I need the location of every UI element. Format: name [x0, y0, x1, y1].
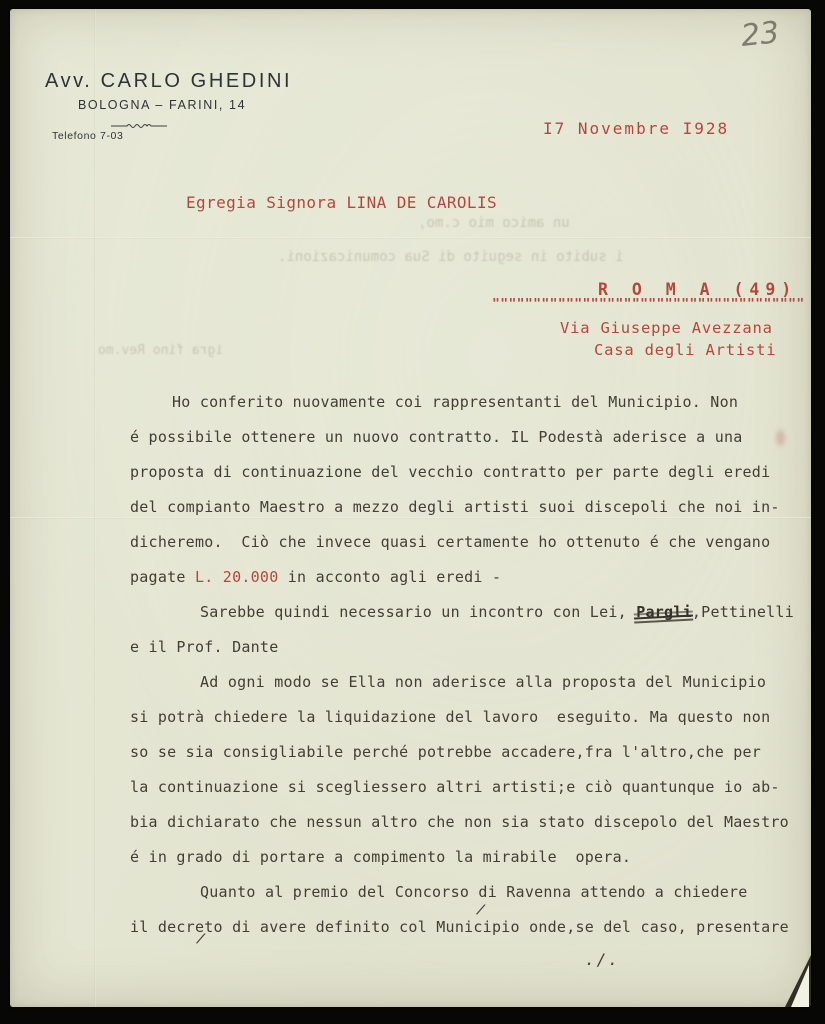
body-text: la continuazione si scegliessero altri a… [130, 778, 780, 796]
body-line: dicheremo. Ciò che invece quasi certamen… [130, 525, 800, 560]
body-text: é possibile ottenere un nuovo contratto.… [130, 428, 743, 446]
body-line: so se sia consigliabile perché potrebbe … [130, 735, 800, 770]
letterhead-address: BOLOGNA – FARINI, 14 [78, 98, 246, 112]
letterhead-name: Avv. CARLO GHEDINI [45, 70, 292, 93]
bleedthrough-text: un amico mio c.mo, [418, 215, 570, 231]
letter-body: Ho conferito nuovamente coi rappresentan… [130, 385, 800, 945]
body-text: bia dichiarato che nessun altro che non … [130, 813, 789, 831]
horizontal-fold-crease-top [10, 237, 811, 239]
body-text: pagate [130, 568, 195, 586]
body-line: si potrà chiedere la liquidazione del la… [130, 700, 800, 735]
body-line: la continuazione si scegliessero altri a… [130, 770, 800, 805]
body-text: so se sia consigliabile perché potrebbe … [130, 743, 761, 761]
body-text: Ad ogni modo se Ella non aderisce alla p… [200, 673, 766, 691]
body-line: il decreto di avere definito col Municip… [130, 910, 800, 945]
bleedthrough-text: i subito in seguito di Sua comunicazioni… [278, 249, 624, 265]
photographed-letter-page: { "annotations": { "page_number_pencil":… [0, 0, 825, 1024]
body-text: Sarebbe quindi necessario un incontro co… [200, 603, 636, 621]
body-line: Quanto al premio del Concorso di Ravenna… [130, 875, 800, 910]
body-line: é in grado di portare a compimento la mi… [130, 840, 800, 875]
corner-curl [791, 965, 809, 1007]
body-text: é in grado di portare a compimento la mi… [130, 848, 631, 866]
body-text: Ho conferito nuovamente coi rappresentan… [172, 393, 738, 411]
body-line: Sarebbe quindi necessario un incontro co… [130, 595, 800, 630]
body-line: é possibile ottenere un nuovo contratto.… [130, 420, 800, 455]
body-line: Ho conferito nuovamente coi rappresentan… [130, 385, 800, 420]
body-text: Quanto al premio del Concorso di Ravenna… [200, 883, 748, 901]
letterhead-phone: Telefono 7-03 [52, 130, 123, 142]
body-text: in acconto agli eredi - [279, 568, 502, 586]
recipient-street: Via Giuseppe Avezzana [560, 319, 773, 337]
body-line: bia dichiarato che nessun altro che non … [130, 805, 800, 840]
body-text: dicheremo. Ciò che invece quasi certamen… [130, 533, 770, 551]
body-line: pagate L. 20.000 in acconto agli eredi - [130, 560, 800, 595]
body-text: del compianto Maestro a mezzo degli arti… [130, 498, 780, 516]
pencil-page-number: 23 [739, 15, 781, 54]
continuation-mark: ./. [585, 950, 620, 969]
body-line: del compianto Maestro a mezzo degli arti… [130, 490, 800, 525]
recipient-salutation: Egregia Signora LINA DE CAROLIS [186, 193, 497, 212]
body-line: proposta di continuazione del vecchio co… [130, 455, 800, 490]
body-line: e il Prof. Dante [130, 630, 800, 665]
body-text: si potrà chiedere la liquidazione del la… [130, 708, 770, 726]
body-text: proposta di continuazione del vecchio co… [130, 463, 770, 481]
date-line: I7 Novembre I928 [543, 119, 729, 138]
body-text-red: L. 20.000 [195, 568, 279, 586]
body-text-strike: Pargli [636, 603, 692, 621]
city-underline-ditto-marks: """""""""""""""""""""""""""""""""""""" [492, 297, 805, 312]
body-text: il decreto di avere definito col Municip… [130, 918, 789, 936]
letter-paper: Avv. CARLO GHEDINI BOLOGNA – FARINI, 14 … [10, 9, 811, 1007]
vertical-fold-crease [94, 9, 96, 1007]
bleedthrough-text: igra fino Rev.mo [98, 343, 223, 358]
body-text: e il Prof. Dante [130, 638, 279, 656]
body-line: Ad ogni modo se Ella non aderisce alla p… [130, 665, 800, 700]
recipient-building: Casa degli Artisti [594, 341, 776, 359]
body-text: ,Pettinelli [692, 603, 794, 621]
